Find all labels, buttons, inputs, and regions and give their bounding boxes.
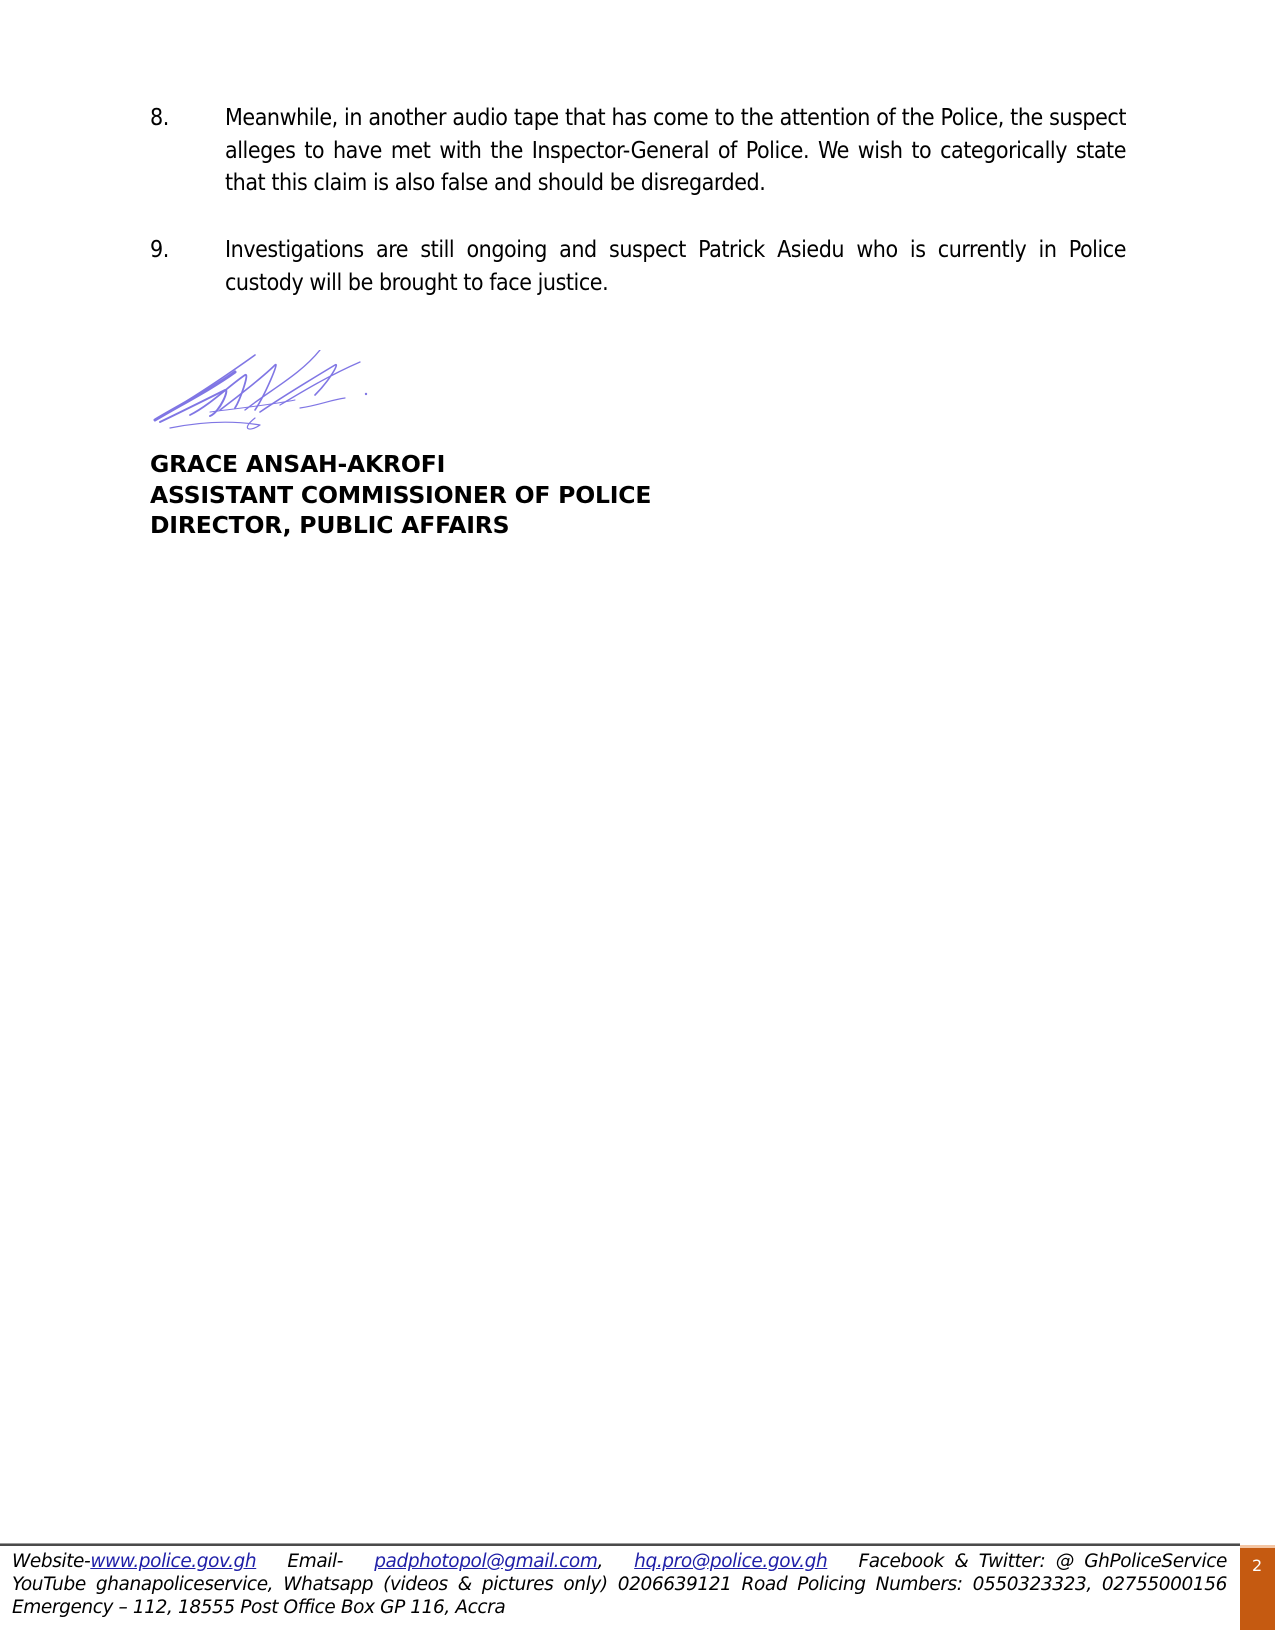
signatory-rank: ASSISTANT COMMISSIONER OF POLICE bbox=[150, 480, 651, 511]
email-link-hq-pro[interactable]: hq.pro@police.gov.gh bbox=[634, 1551, 827, 1572]
paragraph-9: 9. Investigations are still ongoing and … bbox=[150, 234, 1126, 299]
paragraph-8: 8. Meanwhile, in another audio tape that… bbox=[150, 102, 1126, 200]
paragraph-text: Meanwhile, in another audio tape that ha… bbox=[225, 102, 1126, 200]
paragraph-text: Investigations are still ongoing and sus… bbox=[225, 234, 1126, 299]
paragraph-number: 8. bbox=[150, 102, 169, 135]
email-label: Email- bbox=[287, 1551, 343, 1572]
footer-divider bbox=[0, 1543, 1240, 1546]
website-label: Website- bbox=[12, 1551, 90, 1572]
email-link-padphotopol[interactable]: padphotopol@gmail.com bbox=[374, 1551, 597, 1572]
signature-icon bbox=[150, 350, 390, 450]
page-number-tab: 2 bbox=[1240, 1545, 1275, 1630]
page-number: 2 bbox=[1252, 1556, 1262, 1575]
email-separator: , bbox=[597, 1551, 602, 1572]
website-link[interactable]: www.police.gov.gh bbox=[90, 1551, 256, 1572]
signature-block: GRACE ANSAH-AKROFI ASSISTANT COMMISSIONE… bbox=[150, 449, 651, 541]
signatory-position: DIRECTOR, PUBLIC AFFAIRS bbox=[150, 510, 651, 541]
footer-contact-info: Website-www.police.gov.gh Email- padphot… bbox=[12, 1550, 1227, 1619]
signatory-name: GRACE ANSAH-AKROFI bbox=[150, 449, 651, 480]
paragraph-number: 9. bbox=[150, 234, 169, 267]
